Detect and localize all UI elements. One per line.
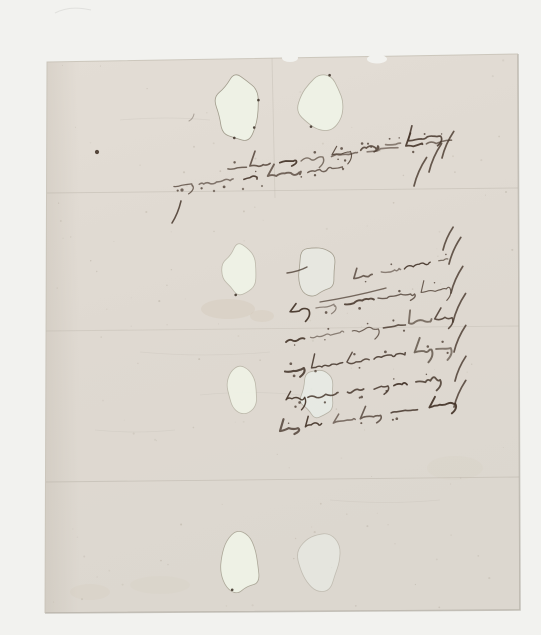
paper-edge-notch <box>282 54 298 62</box>
paper-sheet <box>45 54 520 614</box>
paper-edge-notch <box>367 55 387 64</box>
scan-viewport <box>0 0 541 635</box>
manuscript-scan <box>0 0 541 635</box>
